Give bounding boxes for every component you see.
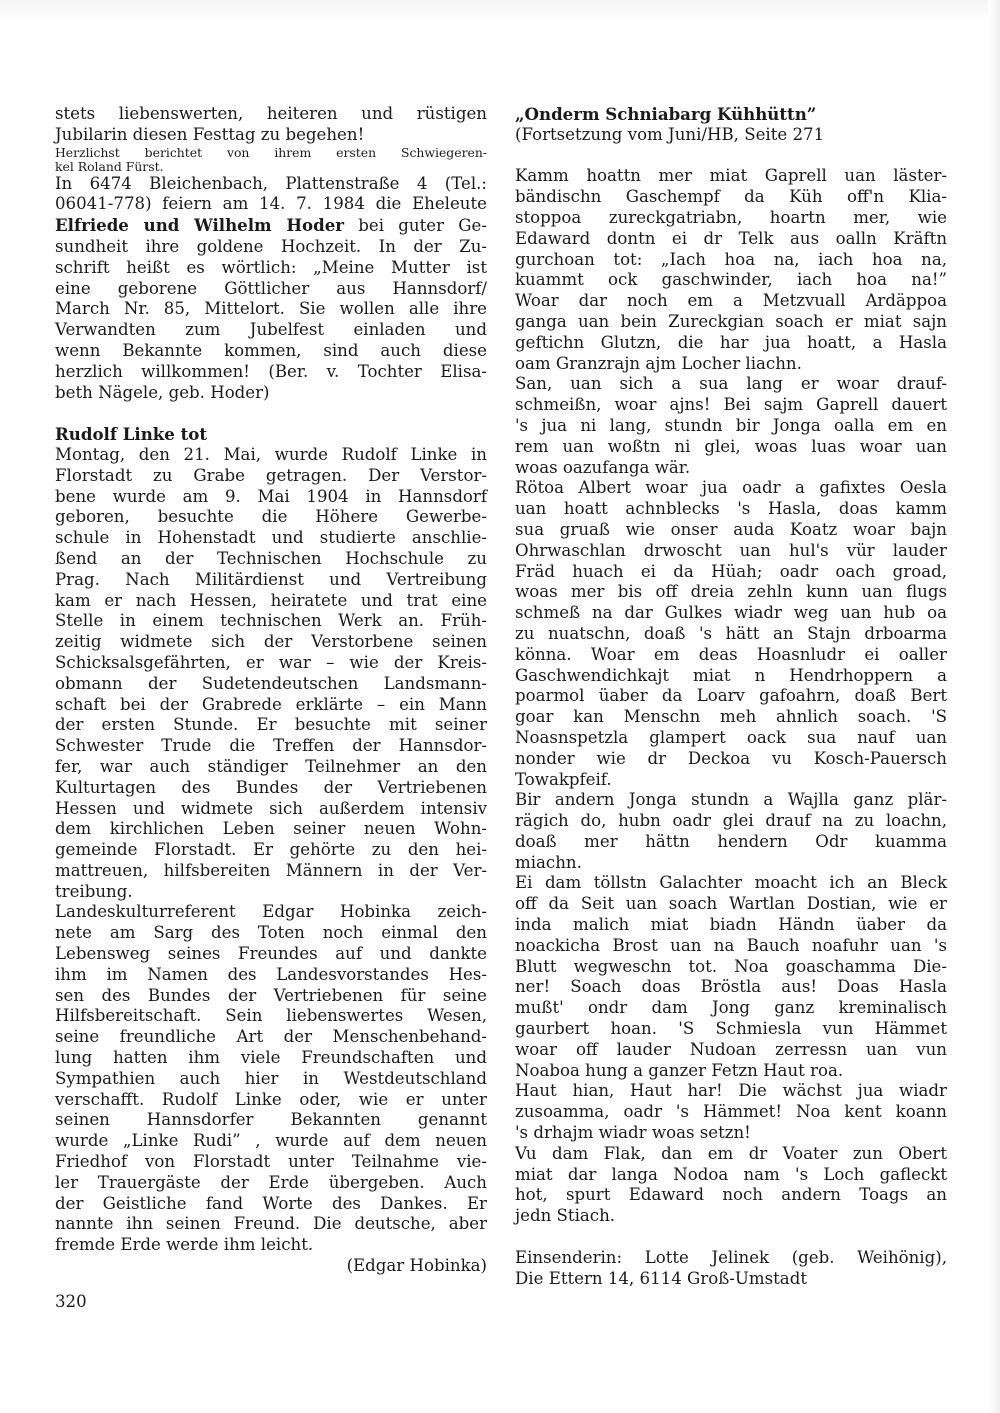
scan-artifact-edge bbox=[988, 0, 1000, 1413]
text-line: rägich do, hubn oadr glei drauf na zu lo… bbox=[515, 811, 947, 832]
text-line: herzlich willkommen! (Ber. v. Tochter El… bbox=[55, 362, 487, 383]
text-line: gaurbert hoan. 'S Schmiesla vun Hämmet bbox=[515, 1019, 947, 1040]
text-line: der Geistliche fand Worte des Dankes. Er bbox=[55, 1194, 487, 1215]
text-line: seinen Hannsdorfer Bekannten genannt bbox=[55, 1110, 487, 1131]
text-line: 06041-778) feiern am 14. 7. 1984 die Ehe… bbox=[55, 194, 487, 215]
text-line: mattreuen, hilfsbereiten Männern in der … bbox=[55, 861, 487, 882]
text-line: inda malich miat biadn Händn üaber da bbox=[515, 915, 947, 936]
text-line: Elfriede und Wilhelm Hoder bei guter Ge- bbox=[55, 215, 487, 237]
story-title: „Onderm Schniabarg Kühhüttn” bbox=[515, 104, 947, 125]
left-column: stets liebenswerten, heiteren und rüstig… bbox=[55, 104, 487, 1277]
text-line: treibung. bbox=[55, 882, 487, 903]
text-line: wenn Bekannte kommen, sind auch diese bbox=[55, 341, 487, 362]
text-line: bändischn Gaschempf da Küh off'n Klia- bbox=[515, 187, 947, 208]
text-line: sen des Bundes der Vertriebenen für sein… bbox=[55, 986, 487, 1007]
text-line: woas mer bis off dreia zehln kunn uan fl… bbox=[515, 582, 947, 603]
text-line: rem uan woßtn ni glei, woas luas woar ua… bbox=[515, 437, 947, 458]
obituary-heading: Rudolf Linke tot bbox=[55, 424, 487, 445]
text-line: zu nuatschn, doaß 's hätt an Stajn drboa… bbox=[515, 624, 947, 645]
anniversary-notice: In 6474 Bleichenbach, Plattenstraße 4 (T… bbox=[55, 174, 487, 404]
text-line: sundheit ihre goldene Hochzeit. In der Z… bbox=[55, 237, 487, 258]
text-line: miat dar langa Nodoa nam 's Loch gafleck… bbox=[515, 1165, 947, 1186]
text-line: schaft bei der Grabrede erklärte – ein M… bbox=[55, 695, 487, 716]
text-line: ner! Soach doas Bröstla aus! Doas Hasla bbox=[515, 977, 947, 998]
text-line: schule in Hohenstadt und studierte ansch… bbox=[55, 528, 487, 549]
jubilee-intro: stets liebenswerten, heiteren und rüstig… bbox=[55, 104, 487, 146]
text-line: miachn. bbox=[515, 853, 947, 874]
scan-artifact-top bbox=[0, 0, 1000, 22]
text-line: Kulturtagen des Bundes der Vertriebenen bbox=[55, 778, 487, 799]
text-line: San, uan sich a sua lang er woar drauf- bbox=[515, 374, 947, 395]
text-line: schmeß na dar Gulkes wiadr weg uan hub o… bbox=[515, 603, 947, 624]
text-line: kel Roland Fürst. bbox=[55, 160, 487, 174]
text-line: Ohrwaschlan drwoscht uan hul's vür laude… bbox=[515, 541, 947, 562]
text-line: Edaward dontn ei dr Telk aus oalln Kräft… bbox=[515, 229, 947, 250]
text-line: jedn Stiach. bbox=[515, 1206, 947, 1227]
text-line: schrift heißt es wörtlich: „Meine Mutter… bbox=[55, 258, 487, 279]
couple-names: Elfriede und Wilhelm Hoder bbox=[55, 215, 344, 235]
text-line: Fräd huach ei da Hüah; oadr oach groad, bbox=[515, 562, 947, 583]
text-line: Schicksalsgefährten, er war – wie der Kr… bbox=[55, 653, 487, 674]
text-line: Stelle in einem technischen Werk an. Frü… bbox=[55, 611, 487, 632]
credit-note: Herzlichst berichtet von ihrem ersten Sc… bbox=[55, 146, 487, 174]
text-line: Verwandten zum Jubelfest einladen und bbox=[55, 320, 487, 341]
text-line: Jubilarin diesen Festtag zu begehen! bbox=[55, 125, 487, 146]
text-line: Herzlichst berichtet von ihrem ersten Sc… bbox=[55, 146, 487, 160]
text-line: Friedhof von Florstadt unter Teilnahme v… bbox=[55, 1152, 487, 1173]
story-subtitle: (Fortsetzung vom Juni/HB, Seite 271 bbox=[515, 125, 947, 146]
text-line: Prag. Nach Militärdienst und Vertreibung bbox=[55, 570, 487, 591]
text-line: In 6474 Bleichenbach, Plattenstraße 4 (T… bbox=[55, 174, 487, 195]
text-line: nannte ihn seinen Freund. Die deutsche, … bbox=[55, 1214, 487, 1235]
text-line: schmeißn, woar ajns! Bei sajm Gaprell da… bbox=[515, 395, 947, 416]
text-line: Montag, den 21. Mai, wurde Rudolf Linke … bbox=[55, 445, 487, 466]
text-line: nonder wie dr Deckoa vu Kosch-Pauersch bbox=[515, 749, 947, 770]
text-line: fer, war auch ständiger Teilnehmer an de… bbox=[55, 757, 487, 778]
text-line: Landeskulturreferent Edgar Hobinka zeich… bbox=[55, 902, 487, 923]
text-line: Kamm hoattn mer miat Gaprell uan läster- bbox=[515, 166, 947, 187]
text-line: zeitig widmete sich der Verstorbene sein… bbox=[55, 632, 487, 653]
text-line: poarmol üaber da Loarv gafoahrn, doaß Be… bbox=[515, 686, 947, 707]
text-line: Noasnspetzla glampert oack sua nauf uan bbox=[515, 728, 947, 749]
text-line: bene wurde am 9. Mai 1904 in Hannsdorf bbox=[55, 487, 487, 508]
text-line: könna. Woar em deas Hoasnludr ei oaller bbox=[515, 645, 947, 666]
story-body: Kamm hoattn mer miat Gaprell uan läster-… bbox=[515, 166, 947, 1227]
text-line: hot, spurt Edaward noch andern Toags an bbox=[515, 1185, 947, 1206]
text-line: Bir andern Jonga stundn a Wajlla ganz pl… bbox=[515, 790, 947, 811]
text-line: Florstadt zu Grabe getragen. Der Verstor… bbox=[55, 466, 487, 487]
text-line: ßend an der Technischen Hochschule zu bbox=[55, 549, 487, 570]
text-line: ihm im Namen des Landesvorstandes Hes- bbox=[55, 965, 487, 986]
text-line: uan hoatt achnblecks 's Hasla, doas kamm bbox=[515, 499, 947, 520]
text-line: seine freundliche Art der Menschenbehand… bbox=[55, 1027, 487, 1048]
text-line: Gaschwendichkajt miat n Hendrhoppern a bbox=[515, 666, 947, 687]
text-line: nete am Sarg des Toten noch einmal den bbox=[55, 923, 487, 944]
text-line: 's jua ni lang, stundn bir Jonga oalla e… bbox=[515, 416, 947, 437]
obituary-signature: (Edgar Hobinka) bbox=[55, 1256, 487, 1277]
text-line: Die Ettern 14, 6114 Groß-Umstadt bbox=[515, 1269, 947, 1290]
text-line: gemeinde Florstadt. Er gehörte zu den he… bbox=[55, 840, 487, 861]
text-line: sua gruaß wie onser auda Koatz woar bajn bbox=[515, 520, 947, 541]
text-line: March Nr. 85, Mittelort. Sie wollen alle… bbox=[55, 299, 487, 320]
text-line: Noaboa hung a ganzer Fetzn Haut roa. bbox=[515, 1061, 947, 1082]
text-line: wurde „Linke Rudi” , wurde auf dem neuen bbox=[55, 1131, 487, 1152]
text-line: der ersten Stunde. Er besuchte mit seine… bbox=[55, 715, 487, 736]
text-line: 's drhajm wiadr woas setzn! bbox=[515, 1123, 947, 1144]
text-line: beth Nägele, geb. Hoder) bbox=[55, 383, 487, 404]
text-line: fremde Erde werde ihm leicht. bbox=[55, 1235, 487, 1256]
text-line: Blutt wegweschn tot. Noa goaschamma Die- bbox=[515, 957, 947, 978]
text-line: gurchoan tot: „Iach hoa na, iach hoa na, bbox=[515, 250, 947, 271]
text-line: kuammt ock gaschwinder, iach hoa na!” bbox=[515, 270, 947, 291]
text-line: kam er nach Hessen, heiratete und trat e… bbox=[55, 591, 487, 612]
text-line: noackicha Brost uan na Bauch noafuhr uan… bbox=[515, 936, 947, 957]
text-line: zusoamma, oadr 's Hämmet! Noa kent koann bbox=[515, 1102, 947, 1123]
text-line: geftichn Glutzn, die har jua hoatt, a Ha… bbox=[515, 333, 947, 354]
text-line: oam Granzrajn ajm Locher liachn. bbox=[515, 354, 947, 375]
text-line: stoppoa zureckgatriabn, hoartn mer, wie bbox=[515, 208, 947, 229]
text-line: Sympathien auch hier in Westdeutschland bbox=[55, 1069, 487, 1090]
text-line: lung hatten ihm viele Freundschaften und bbox=[55, 1048, 487, 1069]
text-line: ganga uan bein Zureckgian soach er miat … bbox=[515, 312, 947, 333]
text-line: Rötoa Albert woar jua oadr a gafixtes Oe… bbox=[515, 478, 947, 499]
text-line: Vu dam Flak, dan em dr Voater zun Obert bbox=[515, 1144, 947, 1165]
text-line: mußt' ondr dam Jong ganz kreminalisch bbox=[515, 998, 947, 1019]
text-line: Einsenderin: Lotte Jelinek (geb. Weihöni… bbox=[515, 1248, 947, 1269]
text-line: woar off lauder Nudoan zerressn uan vun bbox=[515, 1040, 947, 1061]
text-line: goar kan Menschn meh ahnlich soach. 'S bbox=[515, 707, 947, 728]
right-column: „Onderm Schniabarg Kühhüttn” (Fortsetzun… bbox=[515, 104, 947, 1289]
text-line: eine geborene Göttlicher aus Hannsdorf/ bbox=[55, 279, 487, 300]
text-line: woas oazufanga wär. bbox=[515, 458, 947, 479]
story-sender: Einsenderin: Lotte Jelinek (geb. Weihöni… bbox=[515, 1248, 947, 1290]
text-line: dem kirchlichen Leben seiner neuen Wohn- bbox=[55, 819, 487, 840]
text-line: Lebensweg seines Freundes auf und dankte bbox=[55, 944, 487, 965]
text-line: Ei dam töllstn Galachter moacht ich an B… bbox=[515, 873, 947, 894]
text-line: stets liebenswerten, heiteren und rüstig… bbox=[55, 104, 487, 125]
text-line: Haut hian, Haut har! Die wächst jua wiad… bbox=[515, 1081, 947, 1102]
text-line: obmann der Sudetendeutschen Landsmann- bbox=[55, 674, 487, 695]
text-line: Hilfsbereitschaft. Sein liebenswertes We… bbox=[55, 1006, 487, 1027]
text-line: ler Trauergäste der Erde übergeben. Auch bbox=[55, 1173, 487, 1194]
text-line: Schwester Trude die Treffen der Hannsdor… bbox=[55, 736, 487, 757]
text-line: doaß mer hättn hendern Odr kuamma bbox=[515, 832, 947, 853]
text-line: geboren, besuchte die Höhere Gewerbe- bbox=[55, 507, 487, 528]
text-line: Woar dar noch em a Metzvuall Ardäppoa bbox=[515, 291, 947, 312]
text-line: Hessen und widmete sich außerdem intensi… bbox=[55, 799, 487, 820]
page-number: 320 bbox=[55, 1292, 87, 1311]
text-line: Towakpfeif. bbox=[515, 770, 947, 791]
text-line: verschafft. Rudolf Linke oder, wie er un… bbox=[55, 1090, 487, 1111]
text-line: off da Seit uan soach Wartlan Dostian, w… bbox=[515, 894, 947, 915]
obituary-article: Rudolf Linke tot Montag, den 21. Mai, wu… bbox=[55, 424, 487, 1277]
